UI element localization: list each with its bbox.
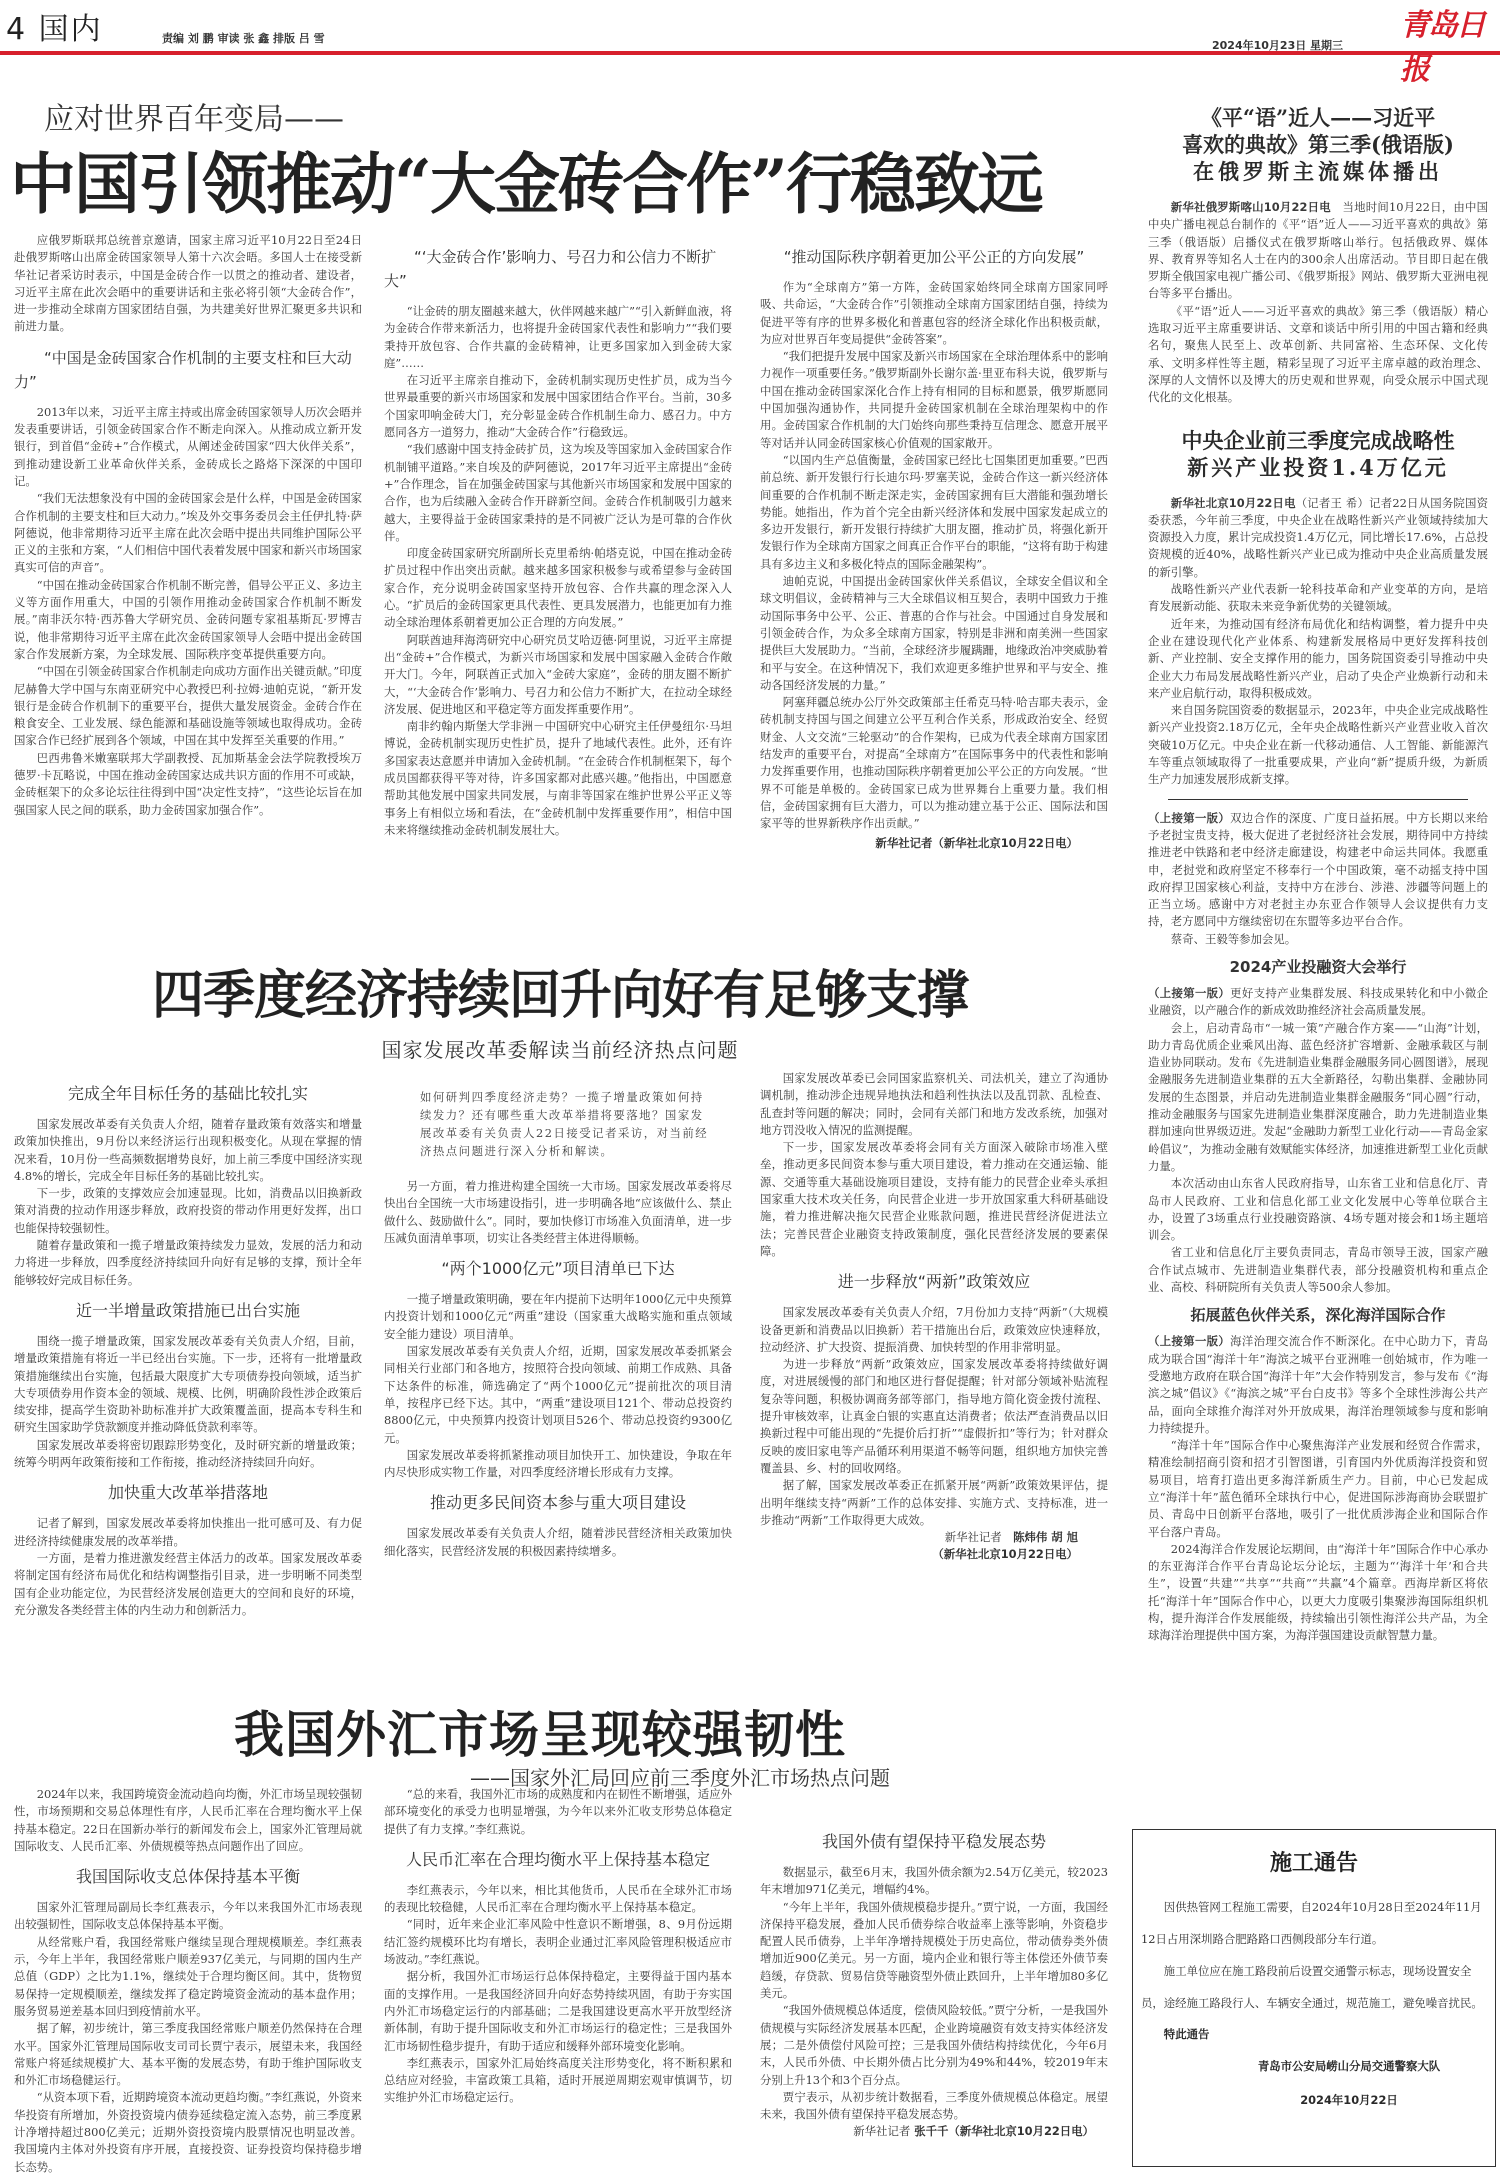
story3-lead: 2024年以来，我国跨境资金流动趋向均衡，外汇市场呈现较强韧性，市场预期和交易总… [14,1786,362,1855]
story1-section-2-title: “‘大金砖合作’影响力、号召力和公信力不断扩大” [384,245,732,293]
paragraph: 当地时间10月22日，由中国中央广播电视总台制作的《平“语”近人——习近平喜欢的… [1148,200,1488,300]
paragraph: 李红燕表示，今年以来，相比其他货币，人民币在全球外汇市场的表现比较稳健，人民币汇… [384,1882,732,1917]
paragraph: 国家外汇管理局副局长李红燕表示，今年以来我国外汇市场表现出较强韧性，国际收支总体… [14,1899,362,1934]
story-b-reporter: （记者王 希） [1296,496,1369,510]
paragraph: 李红燕表示，国家外汇局始终高度关注形势变化，将不断积累和总结应对经验，丰富政策工… [384,2055,732,2107]
notice-title: 施工通告 [1141,1846,1487,1877]
notice-date: 2024年10月22日 [1141,2083,1487,2117]
story1-kicker: 应对世界百年变局—— [44,100,1110,140]
story1-col1: 应俄罗斯联邦总统普京邀请，国家主席习近平10月22日至24日赴俄罗斯喀山出席金砖… [14,232,362,819]
paragraph: 国家发展改革委有关负责人介绍，随着涉民营经济相关政策加快细化落实，民营经济发展的… [384,1525,732,1560]
story-a-headline-line: 《平“语”近人——习近平 [1148,104,1488,131]
paragraph: 迪帕克说，中国提出金砖国家伙伴关系倡议，全球安全倡议和全球文明倡议，金砖精神与三… [760,573,1108,694]
paragraph: 据了解，初步统计，第三季度我国经常账户顺差仍然保持在合理水平。国家外汇管理局国际… [14,2020,362,2089]
paragraph: 下一步，政策的支撑效应会加速显现。比如，消费品以旧换新政策对消费的拉动作用逐步释… [14,1185,362,1237]
paragraph: 在习近平主席亲自推动下，金砖机制实现历史性扩员，成为当今世界最重要的新兴市场国家… [384,372,732,441]
paragraph: 国家发展改革委有关负责人介绍，近期，国家发展改革委抓紧会同相关行业部门和各地方，… [384,1343,732,1447]
continued-label: （上接第一版） [1148,1334,1230,1348]
story2-section-title: 完成全年目标任务的基础比较扎实 [14,1082,362,1106]
paragraph: “总的来看，我国外汇市场的成熟度和内在韧性不断增强，适应外部环境变化的承受力也明… [384,1786,732,1838]
story1-col2: “‘大金砖合作’影响力、号召力和公信力不断扩大” “让金砖的朋友圈越来越大，伙伴… [384,245,732,839]
construction-notice: 施工通告 因供热管网工程施工需要，自2024年10月28日至2024年11月12… [1132,1829,1496,2167]
paragraph: “从资本项下看，近期跨境资本流动更趋均衡。”李红燕说，外资来华投资有所增加，外资… [14,2089,362,2175]
paragraph: 来自国务院国资委的数据显示，2023年，中央企业完成战略性新兴产业投资2.18万… [1148,702,1488,788]
story3-col1: 2024年以来，我国跨境资金流动趋向均衡，外汇市场呈现较强韧性，市场预期和交易总… [14,1786,362,2175]
page-masthead: 4 国内 责编 刘 鹏 审读 张 鑫 排版 吕 雪 2024年10月23日 星期… [0,0,1500,56]
paragraph: 随着存量政策和一揽子增量政策持续发力显效，发展的活力和动力将进一步释放，四季度经… [14,1237,362,1289]
story3-col2: “总的来看，我国外汇市场的成熟度和内在韧性不断增强，适应外部环境变化的承受力也明… [384,1786,732,2175]
editor-credits: 责编 刘 鹏 审读 张 鑫 排版 吕 雪 [162,30,325,46]
paragraph: 一方面，是着力推进激发经营主体活力的改革。国家发展改革委将制定国有经济布局优化和… [14,1550,362,1619]
paragraph: 阿联酋迪拜海湾研究中心研究员艾哈迈德·阿里说，习近平主席提出“金砖+”合作模式，… [384,632,732,718]
paragraph: “中国在引领金砖国家合作机制走向成功方面作出关键贡献。”印度尼赫鲁大学中国与东南… [14,663,362,749]
story3-headline: 我国外汇市场呈现较强韧性 [10,1706,1110,1764]
story3-col3: 我国外债有望保持平稳发展态势 数据显示，截至6月末，我国外债余额为2.54万亿美… [760,1830,1108,2175]
byline-label: 新华社记者 [945,1530,1002,1544]
masthead-divider [0,51,1500,55]
story2-section-title: 进一步释放“两新”政策效应 [760,1270,1108,1294]
paragraph: “同时，近年来企业汇率风险中性意识不断增强，8、9月份远期结汇签约规模环比均有增… [384,1916,732,1968]
paragraph: 2013年以来，习近平主席主持或出席金砖国家领导人历次会晤并发表重要讲话，引领金… [14,404,362,490]
paragraph: “我们感谢中国支持金砖扩员，这为埃及等国家加入金砖国家合作机制铺平道路。”来自埃… [384,441,732,545]
paragraph: “让金砖的朋友圈越来越大，伙伴网越来越广”“引入新鲜血液，将为金砖合作带来新活力… [384,303,732,372]
story1-col3: “推动国际秩序朝着更加公平公正的方向发展” 作为“全球南方”第一方阵，金砖国家始… [760,245,1108,852]
story1-section-3-title: “推动国际秩序朝着更加公平公正的方向发展” [760,245,1108,269]
story-b-headline-line: 新兴产业投资1.4万亿元 [1148,454,1488,481]
sidebar-story-e: 拓展蓝色伙伴关系，深化海洋国际合作 （上接第一版）海洋治理交流合作不断深化。在中… [1148,1304,1488,1644]
paragraph: 双边合作的深度、广度日益拓展。中方长期以来给予老挝宝贵支持，极大促进了老挝经济社… [1148,811,1488,929]
paragraph: 国家发展改革委将密切跟踪形势变化，及时研究新的增量政策；统筹今明两年政策衔接和工… [14,1437,362,1472]
paragraph: 据分析，我国外汇市场运行总体保持稳定，主要得益于国内基本面的支撑作用。一是我国经… [384,1968,732,2054]
paragraph: 2024海洋合作发展论坛期间，由“海洋十年”国际合作中心承办的东亚海洋合作平台青… [1148,1541,1488,1645]
story2-intro: 如何研判四季度经济走势？一揽子增量政策如何持续发力？还有哪些重大改革举措将要落地… [384,1088,732,1160]
paragraph: 贾宁表示，从初步统计数据看，三季度外债规模总体稳定。展望未来，我国外债有望保持平… [760,2089,1108,2124]
paragraph: 另一方面，着力推进构建全国统一大市场。国家发展改革委将尽快出台全国统一大市场建设… [384,1178,732,1247]
story-a-headline-line: 在俄罗斯主流媒体播出 [1148,158,1488,185]
story-d-headline: 2024产业投融资大会举行 [1148,956,1488,977]
paragraph: “今年上半年，我国外债规模稳步提升。”贾宁说，一方面，我国经济保持平稳发展，叠加… [760,1899,1108,2003]
paragraph: 本次活动由山东省人民政府指导，山东省工业和信息化厅、青岛市人民政府、工业和信息化… [1148,1175,1488,1244]
continued-label: （上接第一版） [1148,811,1230,825]
story2-col3: 国家发展改革委已会同国家监察机关、司法机关，建立了沟通协调机制，推动涉企违规异地… [760,1070,1108,1710]
byline-dateline: 张千千（新华社北京10月22日电） [914,2124,1094,2138]
story-a-dateline: 新华社俄罗斯喀山10月22日电 [1171,200,1331,214]
notice-paragraph: 施工单位应在施工路段前后设置交通警示标志，现场设置安全员，途经施工路段行人、车辆… [1141,1955,1487,2019]
paragraph: 国家发展改革委将抓紧推动项目加快开工、加快建设，争取在年内尽快形成实物工作量，对… [384,1447,732,1482]
paragraph: 下一步，国家发展改革委将会同有关方面深入破除市场准入壁垒，推动更多民间资本参与重… [760,1139,1108,1260]
byline-label: 新华社记者 [853,2124,910,2138]
sidebar-story-a: 《平“语”近人——习近平 喜欢的典故》第三季(俄语版) 在俄罗斯主流媒体播出 新… [1148,104,1488,407]
story2-col2: 如何研判四季度经济走势？一揽子增量政策如何持续发力？还有哪些重大改革举措将要落地… [384,1088,732,1722]
notice-paragraph: 因供热管网工程施工需要，自2024年10月28日至2024年11月12日占用深圳… [1141,1891,1487,1955]
story3-section-title: 我国外债有望保持平稳发展态势 [760,1830,1108,1854]
notice-organization: 青岛市公安局崂山分局交通警察大队 [1141,2049,1487,2083]
story2-section-title: 近一半增量政策措施已出台实施 [14,1299,362,1323]
byline-dateline: （新华社北京10月22日电） [760,1546,1108,1563]
paragraph: 南非约翰内斯堡大学非洲－中国研究中心研究主任伊曼纽尔·马坦博说，金砖机制实现历史… [384,718,732,839]
paragraph: 巴西弗鲁米嫩塞联邦大学副教授、瓦加斯基金会法学院教授埃万德罗·卡瓦略说，中国在推… [14,750,362,819]
story2-section-title: “两个1000亿元”项目清单已下达 [384,1257,732,1281]
story-e-headline: 拓展蓝色伙伴关系，深化海洋国际合作 [1148,1304,1488,1325]
paragraph: “我们无法想象没有中国的金砖国家会是什么样，中国是金砖国家合作机制的主要支柱和巨… [14,490,362,576]
paragraph: 《平“语”近人——习近平喜欢的典故》第三季（俄语版）精心选取习近平主席重要讲话、… [1148,303,1488,407]
sidebar-story-c: （上接第一版）双边合作的深度、广度日益拓展。中方长期以来给予老挝宝贵支持，极大促… [1148,810,1488,948]
story2-byline: 新华社记者 陈炜伟 胡 旭 [760,1529,1108,1546]
story-a-headline-line: 喜欢的典故》第三季(俄语版) [1148,131,1488,158]
story-b-headline-line: 中央企业前三季度完成战略性 [1148,427,1488,454]
newspaper-logo: 青岛日报 [1400,0,1500,88]
paragraph: 一揽子增量政策明确，要在年内提前下达明年1000亿元中央预算内投资计划和1000… [384,1291,732,1343]
paragraph: 省工业和信息化厅主要负责同志，青岛市领导王波，国家产融合作试点城市、先进制造业集… [1148,1244,1488,1296]
sidebar-story-b: 中央企业前三季度完成战略性 新兴产业投资1.4万亿元 新华社北京10月22日电（… [1148,427,1488,789]
story1-byline: 新华社记者（新华社北京10月22日电） [760,835,1108,852]
notice-closing: 特此通告 [1141,2019,1487,2049]
sidebar-divider [1168,799,1468,800]
story1-lead: 应俄罗斯联邦总统普京邀请，国家主席习近平10月22日至24日赴俄罗斯喀山出席金砖… [14,232,362,336]
page-section-label: 4 国内 [6,4,103,48]
paragraph: 阿塞拜疆总统办公厅外交政策部主任希克马特·哈吉耶夫表示，金砖机制支持国与国之间建… [760,694,1108,832]
paragraph: 围绕一揽子增量政策，国家发展改革委有关负责人介绍，目前，增量政策措施有将近一半已… [14,1333,362,1437]
paragraph: “我国外债规模总体适度，偿债风险较低。”贾宁分析，一是我国外债规模与实际经济发展… [760,2002,1108,2088]
paragraph: 从经常账户看，我国经常账户继续呈现合理规模顺差。李红燕表示，今年上半年，我国经常… [14,1934,362,2020]
story1-section-1-title: “中国是金砖国家合作机制的主要支柱和巨大动力” [14,346,362,394]
paragraph: 国家发展改革委有关负责人介绍，7月份加力支持“两新”（大规模设备更新和消费品以旧… [760,1304,1108,1356]
paragraph: 印度金砖国家研究所副所长克里希纳·帕塔克说，中国在推动金砖扩员过程中作出突出贡献… [384,545,732,631]
story2-headline: 四季度经济持续回升向好有足够支撑 [10,965,1110,1027]
paragraph: 海洋治理交流合作不断深化。在中心助力下，青岛成为联合国“海洋十年”海滨之城平台亚… [1148,1334,1488,1434]
paragraph: 数据显示，截至6月末，我国外债余额为2.54万亿美元，较2023年末增加971亿… [760,1864,1108,1899]
story3-headline-block: 我国外汇市场呈现较强韧性 ——国家外汇局回应前三季度外汇市场热点问题 [10,1706,1110,1792]
paragraph: “中国在推动金砖国家合作机制不断完善，倡导公平正义、多边主义等方面作用重大，中国… [14,577,362,663]
paragraph: 近年来，为推动国有经济布局优化和结构调整，着力提升中央企业在建设现代化产业体系、… [1148,616,1488,702]
paragraph: “海洋十年”国际合作中心聚焦海洋产业发展和经贸合作需求，精准绘制招商引资和招才引… [1148,1437,1488,1541]
story2-subtitle: 国家发展改革委解读当前经济热点问题 [10,1035,1110,1065]
story-b-dateline: 新华社北京10月22日电 [1171,496,1296,510]
story3-byline: 新华社记者 张千千（新华社北京10月22日电） [760,2123,1108,2140]
sidebar-column: 《平“语”近人——习近平 喜欢的典故》第三季(俄语版) 在俄罗斯主流媒体播出 新… [1148,104,1488,1645]
paragraph: 国家发展改革委已会同国家监察机关、司法机关，建立了沟通协调机制，推动涉企违规异地… [760,1070,1108,1139]
byline-names: 陈炜伟 胡 旭 [1013,1530,1078,1544]
paragraph: “我们把提升发展中国家及新兴市场国家在全球治理体系中的影响力视作一项重要任务。”… [760,348,1108,452]
story2-col1: 完成全年目标任务的基础比较扎实 国家发展改革委有关负责人介绍，随着存量政策有效落… [14,1082,362,1722]
paragraph: 战略性新兴产业代表新一轮科技革命和产业变革的方向，是培育发展新动能、获取未来竞争… [1148,581,1488,616]
story1-headline: 中国引领推动“大金砖合作”行稳致远 [10,144,1110,224]
paragraph: 蔡奇、王毅等参加会见。 [1148,931,1488,948]
story3-section-title: 人民币汇率在合理均衡水平上保持基本稳定 [384,1848,732,1872]
story2-headline-block: 四季度经济持续回升向好有足够支撑 国家发展改革委解读当前经济热点问题 [10,965,1110,1065]
paragraph: 会上，启动青岛市“一城一策”产融合作方案——“山海”计划，助力青岛优质企业乘风出… [1148,1020,1488,1176]
paragraph: “以国内生产总值衡量，金砖国家已经比七国集团更加重要。”巴西前总统、新开发银行行… [760,452,1108,573]
story2-section-title: 推动更多民间资本参与重大项目建设 [384,1491,732,1515]
continued-label: （上接第一版） [1148,986,1230,1000]
sidebar-story-d: 2024产业投融资大会举行 （上接第一版）更好支持产业集群发展、科技成果转化和中… [1148,956,1488,1296]
paragraph: 据了解，国家发展改革委正在抓紧开展“两新”政策效果评估，提出明年继续支持“两新”… [760,1477,1108,1529]
paragraph: 记者了解到，国家发展改革委将加快推出一批可感可及、有力促进经济持续健康发展的改革… [14,1515,362,1550]
paragraph: 国家发展改革委有关负责人介绍，随着存量政策有效落实和增量政策加快推出，9月份以来… [14,1116,362,1185]
story3-section-title: 我国国际收支总体保持基本平衡 [14,1865,362,1889]
paragraph: 为进一步释放“两新”政策效应，国家发展改革委将持续做好调度，对进展缓慢的部门和地… [760,1356,1108,1477]
story2-section-title: 加快重大改革举措落地 [14,1481,362,1505]
paragraph: 作为“全球南方”第一方阵，金砖国家始终同全球南方国家同呼吸、共命运，“大金砖合作… [760,279,1108,348]
